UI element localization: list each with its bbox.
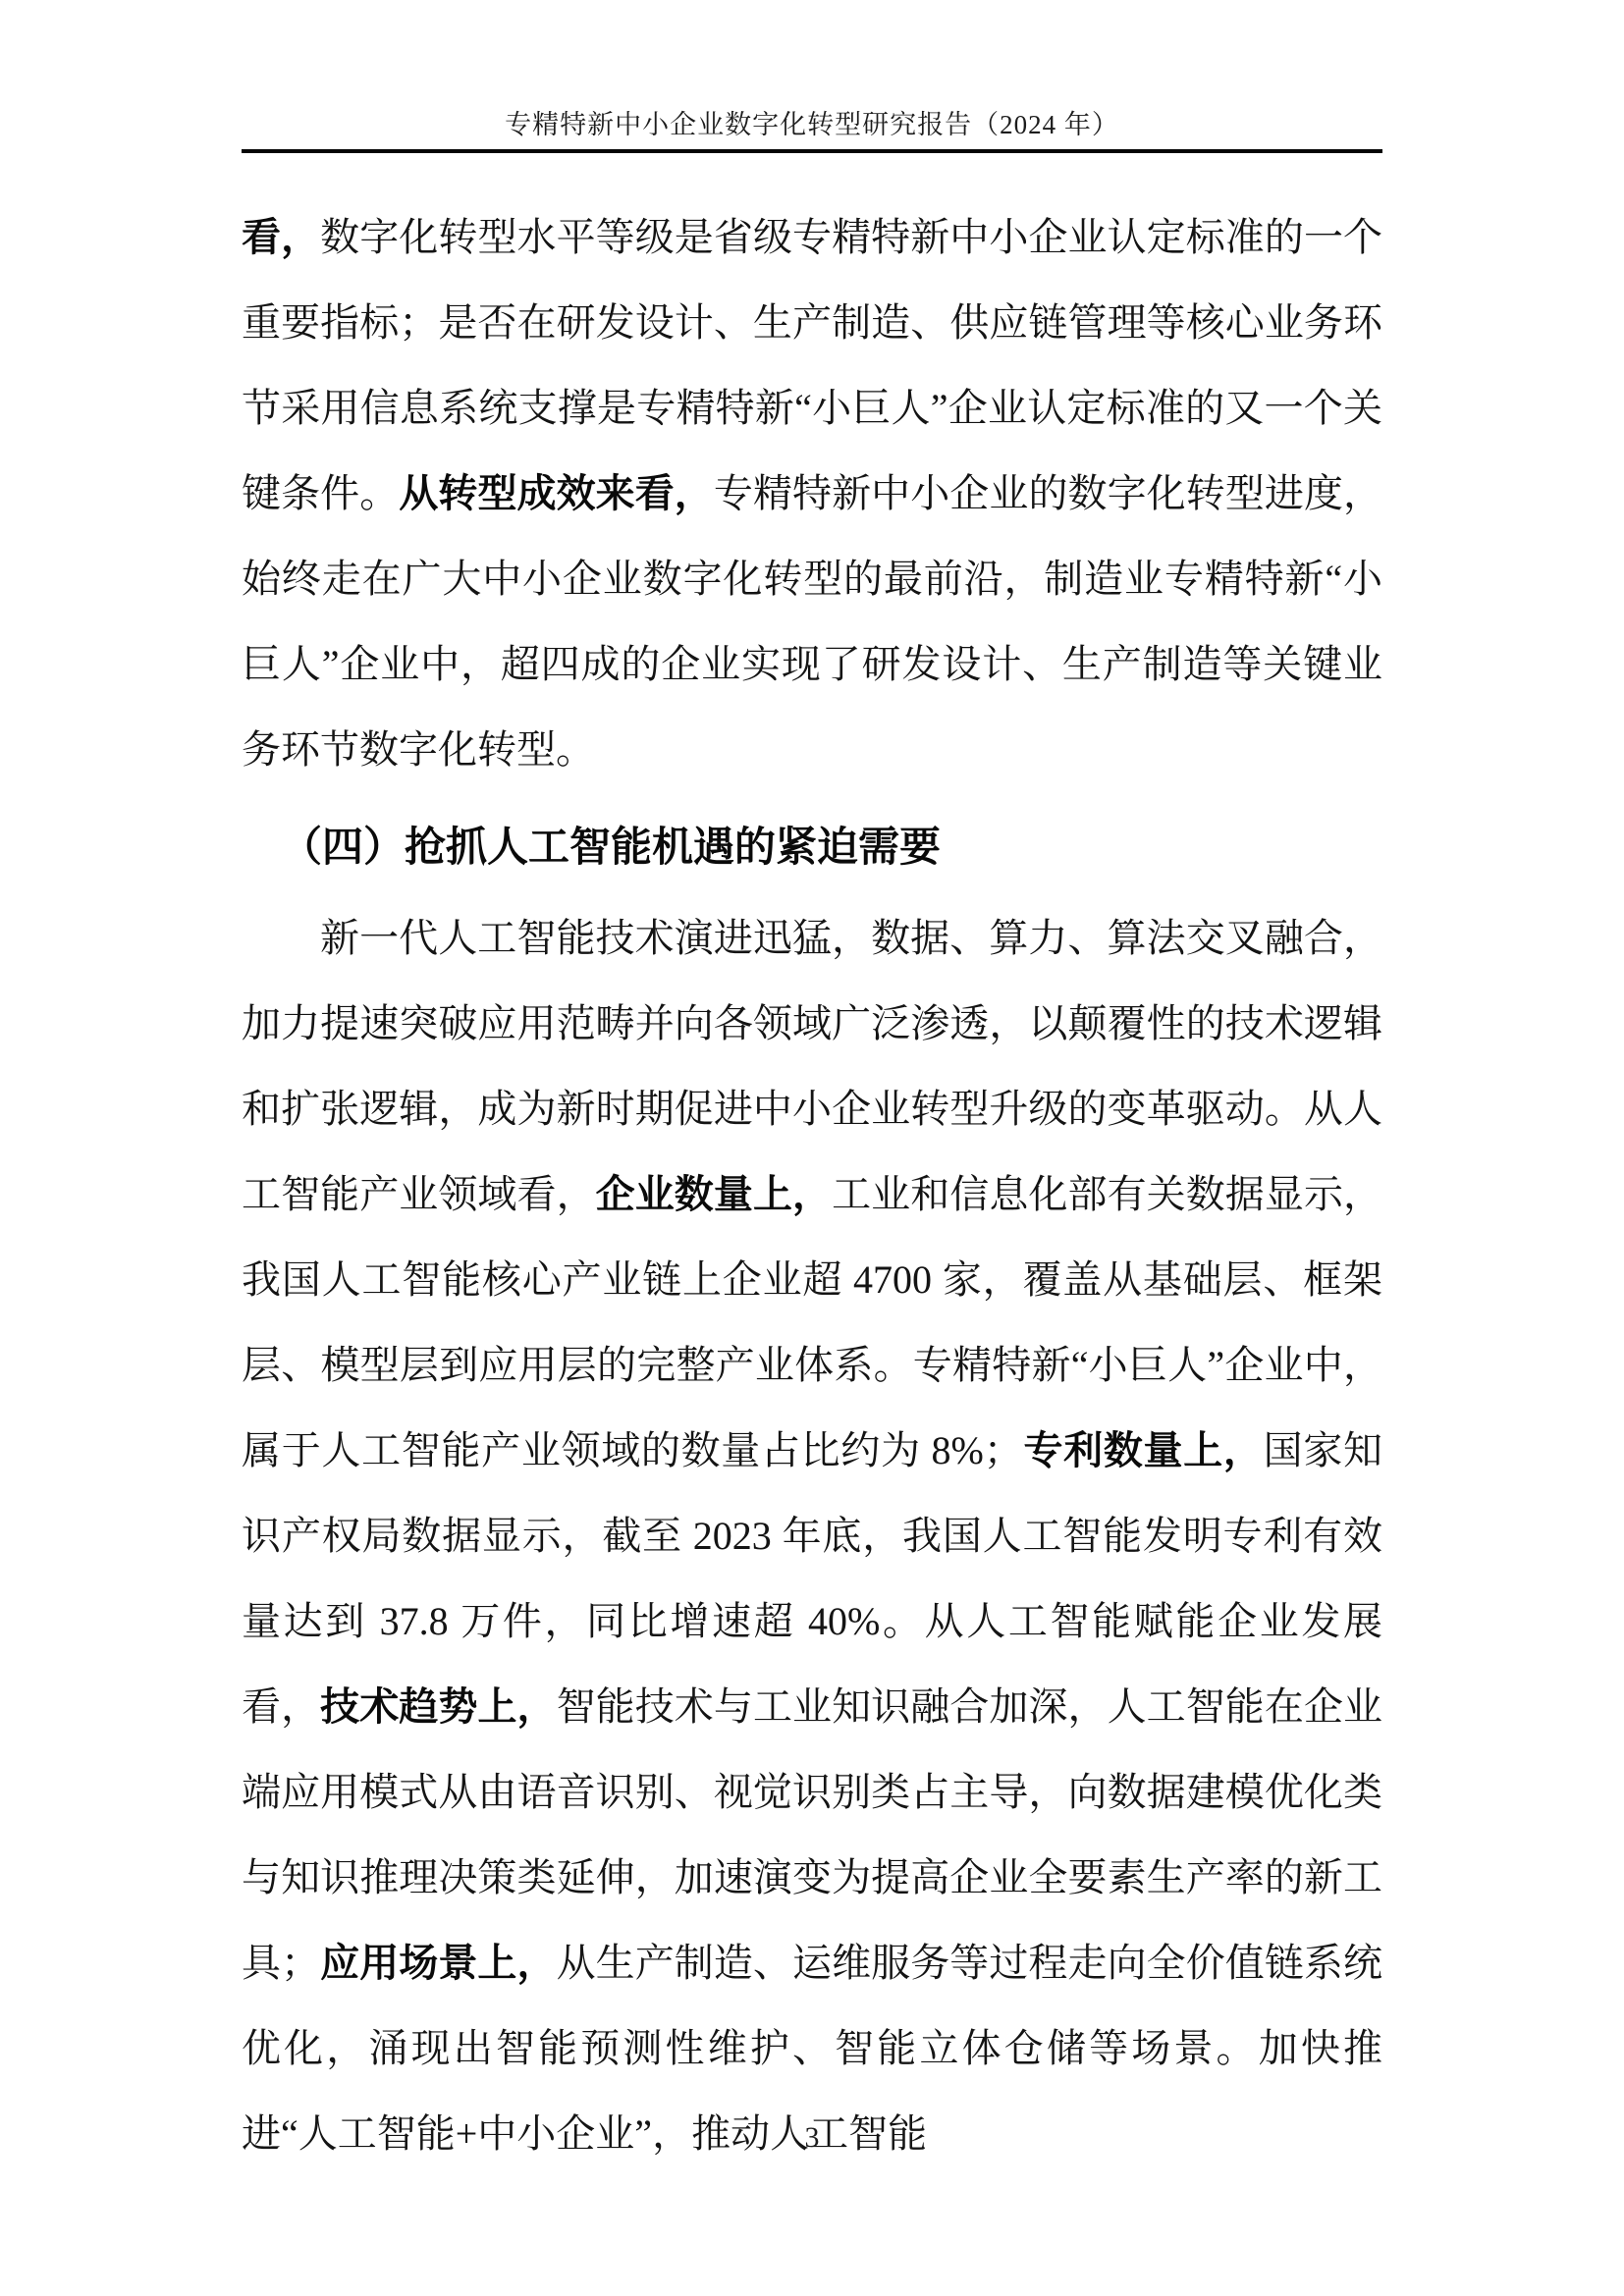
bold-text-run: （四）抢抓人工智能机遇的紧迫需要 — [281, 826, 941, 871]
document-content: 看，数字化转型水平等级是省级专精特新中小企业认定标准的一个重要指标；是否在研发设… — [242, 194, 1382, 2176]
bold-text-run: 看， — [242, 215, 320, 259]
bold-text-run: 从转型成效来看， — [399, 471, 714, 515]
bold-text-run: 企业数量上， — [596, 1172, 832, 1216]
page-number: 3 — [0, 2118, 1624, 2158]
bold-text-run: 应用场景上， — [320, 1941, 557, 1985]
text-run: 专精特新中小企业的数字化转型进度，始终走在广大中小企业数字化转型的最前沿，制造业… — [242, 471, 1382, 772]
body-paragraph: 新一代人工智能技术演进迅猛，数据、算力、算法交叉融合，加力提速突破应用范畴并向各… — [242, 895, 1382, 2176]
document-page: 专精特新中小企业数字化转型研究报告（2024 年） 看，数字化转型水平等级是省级… — [0, 0, 1624, 2296]
section-heading: （四）抢抓人工智能机遇的紧迫需要 — [242, 806, 1382, 891]
page-header-title: 专精特新中小企业数字化转型研究报告（2024 年） — [242, 108, 1382, 153]
bold-text-run: 技术趋势上， — [320, 1684, 556, 1729]
bold-text-run: 专利数量上， — [1023, 1428, 1264, 1472]
body-paragraph: 看，数字化转型水平等级是省级专精特新中小企业认定标准的一个重要指标；是否在研发设… — [242, 194, 1382, 792]
